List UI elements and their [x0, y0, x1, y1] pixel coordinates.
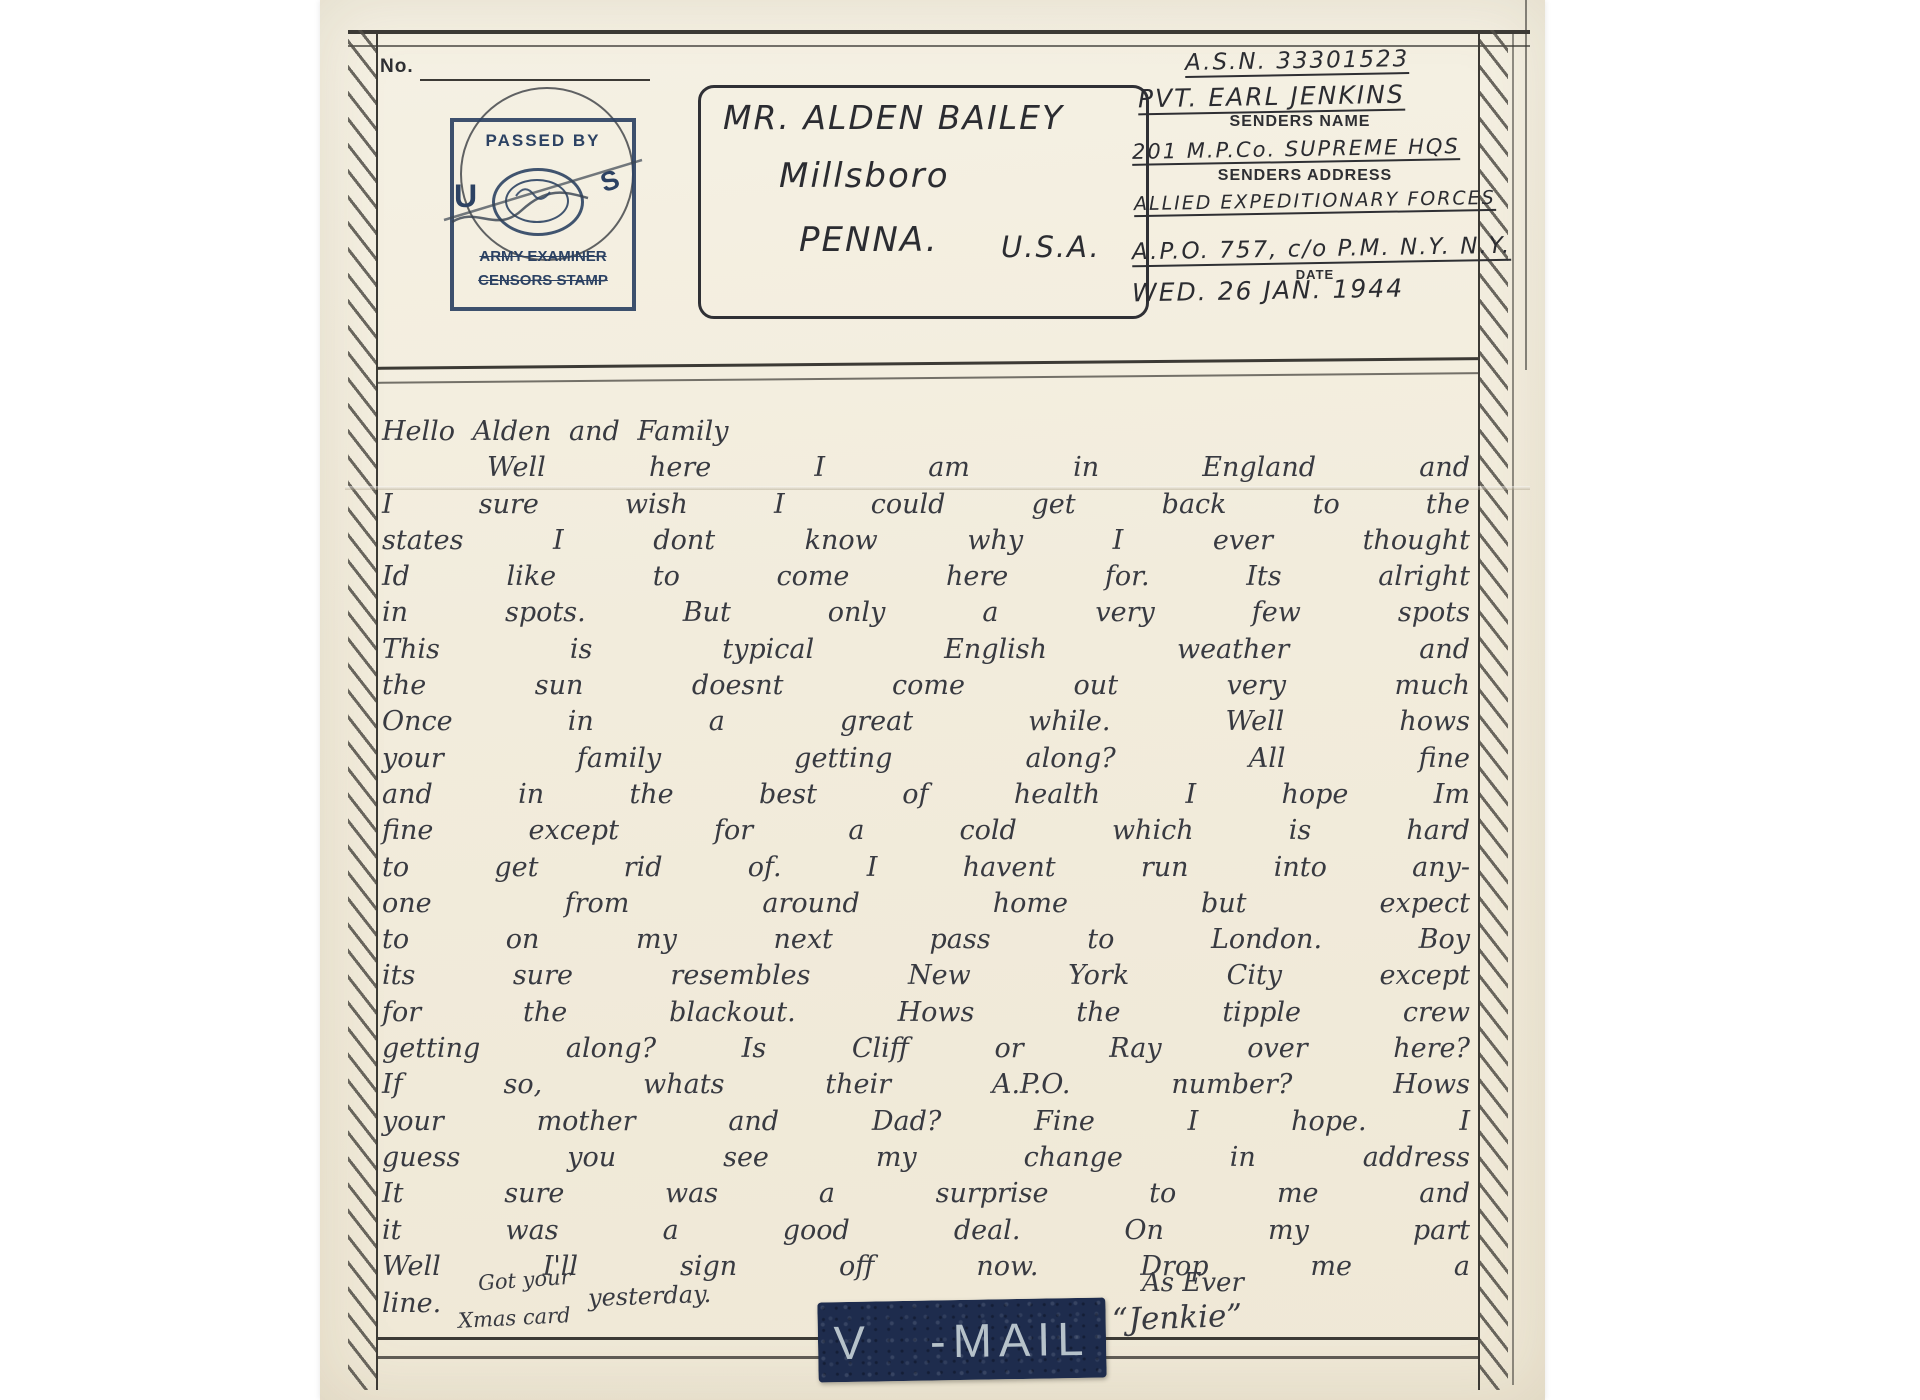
- closing-insert-bottom: Xmas card: [457, 1303, 571, 1333]
- sender-address-value: ALLIED EXPEDITIONARY FORCES: [1134, 187, 1496, 217]
- letter-line: This is typical English weather and: [382, 632, 1470, 668]
- v-mail-stamp: V -MAIL: [817, 1297, 1106, 1382]
- letter-line: one from around home but expect: [382, 886, 1470, 922]
- closing-insert-top: Got your: [477, 1265, 571, 1295]
- recipient-country: U.S.A.: [1001, 230, 1101, 264]
- letter-line: Id like to come here for. Its alright: [382, 559, 1470, 595]
- left-frame-line: [376, 30, 378, 1390]
- letter-line: it was a good deal. On my part: [382, 1213, 1470, 1249]
- letter-line: the sun doesnt come out very much: [382, 668, 1470, 704]
- letter-line: states I dont know why I ever thought: [382, 523, 1470, 559]
- sender-name-value: PVT. EARL JENKINS: [1138, 80, 1405, 116]
- letter-line: your mother and Dad? Fine I hope. I: [382, 1104, 1470, 1140]
- no-field-blank-line: [420, 79, 650, 81]
- letter-line: in spots. But only a very few spots: [382, 595, 1470, 631]
- recipient-name: MR. ALDEN BAILEY: [723, 98, 1064, 137]
- senders-address-label: SENDERS ADDRESS: [1165, 167, 1445, 185]
- date-value: WED. 26 JAN. 1944: [1132, 274, 1405, 308]
- sender-unit: 201 M.P.Co. SUPREME HQS: [1132, 134, 1460, 166]
- sender-apo: A.P.O. 757, c/o P.M. N.Y. N.Y.: [1132, 233, 1512, 268]
- letter-line: Hello Alden and Family: [382, 414, 1470, 450]
- left-hatch-border: [348, 30, 376, 1390]
- recipient-city: Millsboro: [779, 156, 950, 196]
- recipient-state: PENNA.: [799, 220, 939, 260]
- letter-line: to on my next pass to London. Boy: [382, 922, 1470, 958]
- sender-asn: A.S.N. 33301523: [1185, 46, 1410, 78]
- letter-line: its sure resembles New York City except: [382, 958, 1470, 994]
- letter-line: fine except for a cold which is hard: [382, 813, 1470, 849]
- letter-line: Once in a great while. Well hows: [382, 704, 1470, 740]
- letter-line: and in the best of health I hope Im: [382, 777, 1470, 813]
- letter-line: your family getting along? All fine: [382, 741, 1470, 777]
- v-mail-stamp-mail: -MAIL: [930, 1310, 1091, 1368]
- letter-line: Well here I am in England and: [382, 450, 1470, 486]
- signature-as-ever: As Ever: [1142, 1268, 1244, 1298]
- army-examiner-label: ARMY EXAMINER: [450, 248, 636, 265]
- letter-line: guess you see my change in address: [382, 1140, 1470, 1176]
- photo-edge-line: [1525, 0, 1527, 370]
- header-divider-thin: [376, 372, 1480, 384]
- letter-line: to get rid of. I havent run into any-: [382, 850, 1470, 886]
- letter-line: It sure was a surprise to me and: [382, 1176, 1470, 1212]
- letter-body: Hello Alden and FamilyWell here I am in …: [382, 414, 1470, 1285]
- censors-stamp-label: CENSORS STAMP: [450, 272, 636, 289]
- signature-jenkie: “Jenkie”: [1111, 1298, 1242, 1339]
- letter-line: for the blackout. Hows the tipple crew: [382, 995, 1470, 1031]
- outer-right-line: [1512, 30, 1514, 1385]
- no-field-label: No.: [380, 56, 414, 78]
- top-rule-heavy: [348, 30, 1530, 34]
- closing-yesterday: yesterday.: [588, 1280, 712, 1312]
- header-divider-heavy: [376, 357, 1480, 370]
- examiner-signature-squiggle-icon: [438, 140, 648, 250]
- closing-line-word: line.: [382, 1288, 441, 1319]
- letter-line: getting along? Is Cliff or Ray over here…: [382, 1031, 1470, 1067]
- v-mail-stamp-v: V: [833, 1314, 872, 1370]
- senders-name-label: SENDERS NAME: [1160, 113, 1440, 131]
- recipient-address-box: MR. ALDEN BAILEY Millsboro PENNA. U.S.A.: [698, 85, 1149, 319]
- letter-line: If so, whats their A.P.O. number? Hows: [382, 1067, 1470, 1103]
- vmail-letter-scan: No. PASSED BY U S ARMY EXAMINER CENSORS …: [320, 0, 1545, 1400]
- letter-line: I sure wish I could get back to the: [382, 487, 1470, 523]
